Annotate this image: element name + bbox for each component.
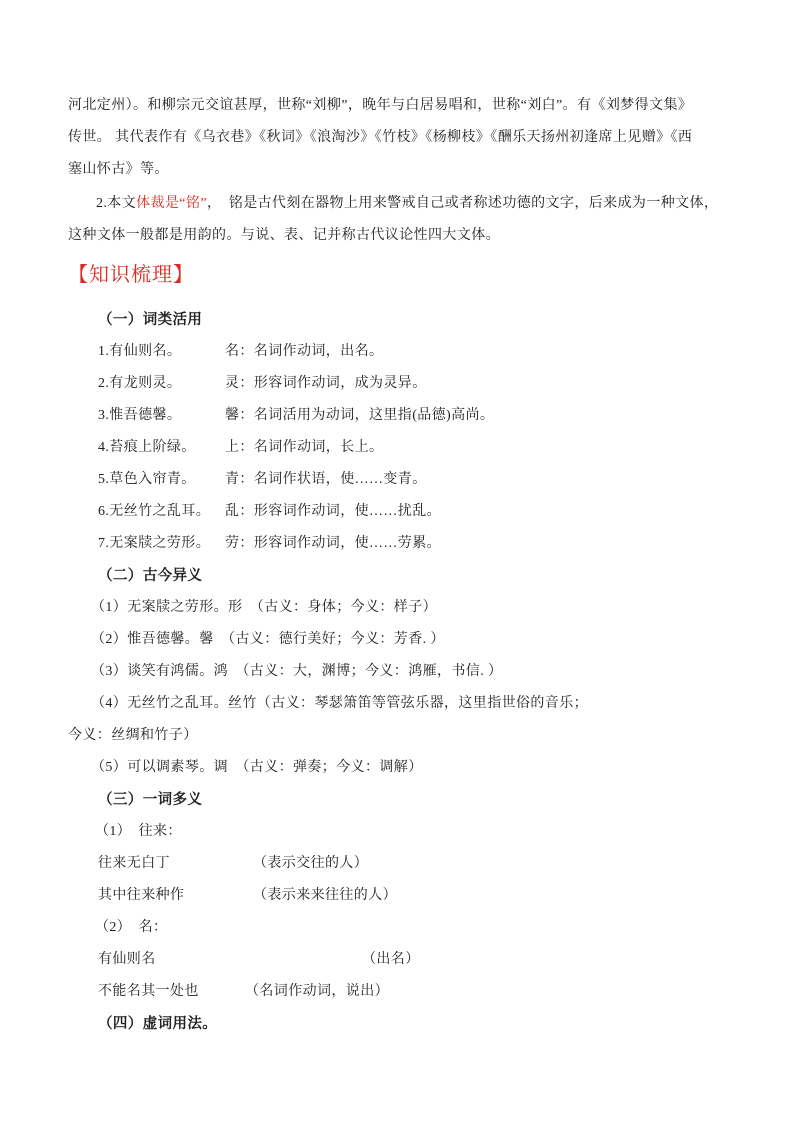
glossary-row: 7.无案牍之劳形。 劳：形容词作动词，使……劳累。: [98, 528, 726, 560]
genre-prefix: 2.本文: [96, 196, 136, 211]
intro-line: 塞山怀古》等。: [68, 154, 726, 186]
polysemy-row: 其中往来种作 （表示来来往往的人）: [98, 880, 726, 912]
glossary-row: 5.草色入帘青。 青：名词作状语，使……变青。: [98, 464, 726, 496]
polysemy-term: 不能名其一处也: [98, 976, 245, 1008]
polysemy-note: （名词作动词，说出）: [245, 976, 389, 1008]
polysemy-term: 其中往来种作: [98, 880, 253, 912]
genre-paragraph: 2.本文体裁是“铭”， 铭是古代刻在器物上用来警戒自己或者称述功德的文字，后来成…: [68, 188, 726, 252]
glossary-note: 上：名词作动词，长上。: [225, 432, 383, 464]
genre-rest: ， 铭是古代刻在器物上用来警戒自己或者称述功德的文字，后来成为一种文体，: [207, 196, 718, 211]
glossary-row: 3.惟吾德馨。 馨：名词活用为动词，这里指(品德)高尚。: [98, 400, 726, 432]
glossary-row: 6.无丝竹之乱耳。 乱：形容词作动词，使……扰乱。: [98, 496, 726, 528]
polysemy-note: （表示来来往往的人）: [253, 880, 397, 912]
glossary-note: 劳：形容词作动词，使……劳累。: [225, 528, 441, 560]
glossary-note: 灵：形容词作动词，成为灵异。: [225, 368, 427, 400]
meaning-item: （1）无案牍之劳形。形 （古义：身体；今义：样子）: [91, 592, 726, 624]
section-title-word-class-usage: （一）词类活用: [98, 304, 726, 336]
polysemy-row: 往来无白丁 （表示交往的人）: [98, 848, 726, 880]
intro-line: 传世。 其代表作有《乌衣巷》《秋词》《浪淘沙》《竹枝》《杨柳枝》《酬乐天扬州初逢…: [68, 122, 726, 154]
glossary-note: 名：名词作动词，出名。: [225, 336, 383, 368]
section-title-function-words: （四）虚词用法。: [98, 1008, 726, 1040]
genre-line-2: 这种文体一般都是用韵的。与说、表、记并称古代议论性四大文体。: [68, 220, 726, 252]
polysemy-row: 有仙则名 （出名）: [98, 944, 726, 976]
glossary-note: 馨：名词活用为动词，这里指(品德)高尚。: [225, 400, 494, 432]
polysemy-label: （2） 名：: [95, 912, 726, 944]
meaning-item: （3）谈笑有鸿儒。鸿 （古义：大，渊博；今义：鸿雁，书信. ）: [91, 656, 726, 688]
glossary-row: 2.有龙则灵。 灵：形容词作动词，成为灵异。: [98, 368, 726, 400]
document-content: 河北定州）。和柳宗元交谊甚厚，世称“刘柳”，晚年与白居易唱和，世称“刘白”。有《…: [0, 0, 793, 1040]
glossary-term: 5.草色入帘青。: [98, 464, 225, 496]
polysemy-note: （出名）: [362, 944, 420, 976]
document-page: 河北定州）。和柳宗元交谊甚厚，世称“刘柳”，晚年与白居易唱和，世称“刘白”。有《…: [0, 0, 793, 1122]
glossary-row: 4.苔痕上阶绿。 上：名词作动词，长上。: [98, 432, 726, 464]
glossary-term: 3.惟吾德馨。: [98, 400, 225, 432]
glossary-term: 1.有仙则名。: [98, 336, 225, 368]
genre-line-1: 2.本文体裁是“铭”， 铭是古代刻在器物上用来警戒自己或者称述功德的文字，后来成…: [68, 188, 726, 220]
intro-line: 河北定州）。和柳宗元交谊甚厚，世称“刘柳”，晚年与白居易唱和，世称“刘白”。有《…: [68, 90, 726, 122]
glossary-term: 2.有龙则灵。: [98, 368, 225, 400]
meaning-item: （4）无丝竹之乱耳。丝竹（古义：琴瑟箫笛等管弦乐器，这里指世俗的音乐；: [91, 688, 726, 720]
glossary-term: 4.苔痕上阶绿。: [98, 432, 225, 464]
intro-paragraph: 河北定州）。和柳宗元交谊甚厚，世称“刘柳”，晚年与白居易唱和，世称“刘白”。有《…: [68, 90, 726, 186]
genre-red-highlight: 体裁是“铭”: [136, 196, 207, 211]
meaning-item-wrap: 今义：丝绸和竹子）: [68, 720, 726, 752]
knowledge-outline-header: 【知识梳理】: [68, 260, 726, 290]
glossary-term: 6.无丝竹之乱耳。: [98, 496, 225, 528]
polysemy-row: 不能名其一处也 （名词作动词，说出）: [98, 976, 726, 1008]
glossary-note: 青：名词作状语，使……变青。: [225, 464, 427, 496]
meaning-item: （2）惟吾德馨。馨 （古义：德行美好；今义：芳香. ）: [91, 624, 726, 656]
section-title-polysemy: （三）一词多义: [98, 784, 726, 816]
polysemy-term: 有仙则名: [98, 944, 362, 976]
section-title-ancient-modern-meaning: （二）古今异义: [98, 560, 726, 592]
glossary-note: 乱：形容词作动词，使……扰乱。: [225, 496, 441, 528]
polysemy-label: （1） 往来：: [95, 816, 726, 848]
polysemy-note: （表示交往的人）: [253, 848, 368, 880]
glossary-row: 1.有仙则名。 名：名词作动词，出名。: [98, 336, 726, 368]
glossary-term: 7.无案牍之劳形。: [98, 528, 225, 560]
polysemy-term: 往来无白丁: [98, 848, 253, 880]
meaning-item: （5）可以调素琴。调 （古义：弹奏；今义：调解）: [91, 752, 726, 784]
